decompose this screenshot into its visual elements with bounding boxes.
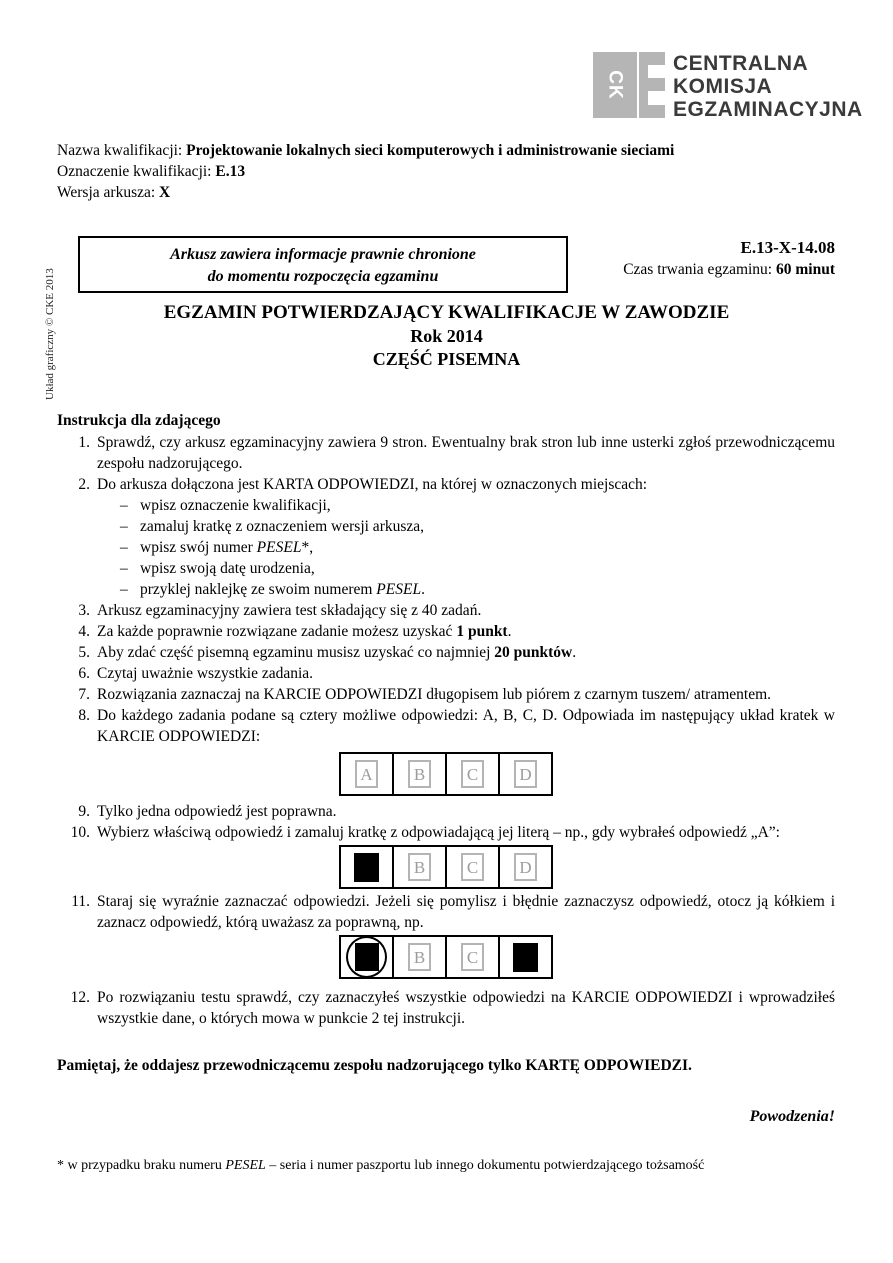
answer-box-letter: B	[408, 760, 431, 788]
answer-cell-a: A	[341, 754, 394, 794]
instruction-item-9: 9. Tylko jedna odpowiedź jest poprawna.	[57, 801, 835, 822]
answer-cell-a-circled	[341, 937, 394, 977]
item-text: Czytaj uważnie wszystkie zadania.	[97, 663, 835, 684]
instruction-item-2-sub-2: – zamaluj kratkę z oznaczeniem wersji ar…	[120, 516, 835, 537]
answer-grid-selected-a: B C D	[339, 845, 553, 889]
pesel-italic: PESEL	[376, 581, 421, 598]
cke-logo: CK CENTRALNA KOMISJA EGZAMINACYJNA	[593, 52, 863, 124]
item-text: wpisz swój numer PESEL*,	[140, 537, 835, 558]
qualification-code-label: Oznaczenie kwalifikacji:	[57, 163, 215, 180]
notice-row: Arkusz zawiera informacje prawnie chroni…	[78, 236, 835, 293]
footnote-text-run: * w przypadku braku numeru	[57, 1158, 225, 1173]
qualification-name-value: Projektowanie lokalnych sieci komputerow…	[186, 142, 674, 159]
item-text-run: .	[508, 623, 512, 640]
filled-square	[354, 853, 379, 882]
filled-square	[513, 943, 538, 972]
item-text: Po rozwiązaniu testu sprawdź, czy zaznac…	[97, 987, 835, 1029]
points-bold: 20 punktów	[494, 644, 572, 661]
exam-duration-value: 60 minut	[776, 261, 835, 278]
instruction-item-2: 2. Do arkusza dołączona jest KARTA ODPOW…	[57, 474, 835, 495]
exam-meta: E.13-X-14.08 Czas trwania egzaminu: 60 m…	[568, 236, 835, 293]
exam-sheet-page: CK CENTRALNA KOMISJA EGZAMINACYJNA Nazwa…	[0, 0, 893, 1263]
item-text: Za każde poprawnie rozwiązane zadanie mo…	[97, 621, 835, 642]
legal-notice-line-2: do momentu rozpoczęcia egzaminu	[80, 266, 566, 288]
legal-notice-line-1: Arkusz zawiera informacje prawnie chroni…	[80, 244, 566, 266]
logo-line-1: CENTRALNA	[673, 52, 863, 75]
instruction-item-2-sub-5: – przyklej naklejkę ze swoim numerem PES…	[120, 579, 835, 600]
cke-logo-mark: CK	[593, 52, 637, 118]
qualification-name-label: Nazwa kwalifikacji:	[57, 142, 186, 159]
instruction-item-7: 7. Rozwiązania zaznaczaj na KARCIE ODPOW…	[57, 684, 835, 705]
cke-logo-e-icon	[639, 52, 665, 124]
item-text-run: Za każde poprawnie rozwiązane zadanie mo…	[97, 623, 456, 640]
item-text: Rozwiązania zaznaczaj na KARCIE ODPOWIED…	[97, 684, 835, 705]
exam-title-line-1: EGZAMIN POTWIERDZAJĄCY KWALIFIKACJE W ZA…	[0, 301, 893, 325]
answer-grid-example: A B C D	[339, 752, 553, 796]
item-number: 1.	[57, 432, 90, 453]
reminder-line: Pamiętaj, że oddajesz przewodniczącemu z…	[57, 1055, 835, 1076]
dash-bullet: –	[120, 537, 140, 558]
exam-code: E.13-X-14.08	[568, 237, 835, 259]
correction-circle	[346, 936, 387, 978]
answer-grid-corrected: B C	[339, 935, 553, 979]
item-number: 10.	[57, 822, 90, 843]
qualification-code-line: Oznaczenie kwalifikacji: E.13	[57, 161, 853, 182]
logo-line-3: EGZAMINACYJNA	[673, 98, 863, 121]
answer-cell-c: C	[447, 847, 500, 887]
sheet-version-value: X	[159, 184, 170, 201]
item-text: Staraj się wyraźnie zaznaczać odpowiedzi…	[97, 891, 835, 933]
instructions-section: Instrukcja dla zdającego 1. Sprawdź, czy…	[57, 410, 835, 1175]
instruction-item-2-sub-1: – wpisz oznaczenie kwalifikacji,	[120, 495, 835, 516]
dash-bullet: –	[120, 558, 140, 579]
item-text: zamaluj kratkę z oznaczeniem wersji arku…	[140, 516, 835, 537]
instruction-item-12: 12. Po rozwiązaniu testu sprawdź, czy za…	[57, 987, 835, 1029]
answer-cell-d: D	[500, 754, 551, 794]
item-text-run: Aby zdać część pisemną egzaminu musisz u…	[97, 644, 494, 661]
item-text-run: przyklej naklejkę ze swoim numerem	[140, 581, 376, 598]
item-text: Do arkusza dołączona jest KARTA ODPOWIED…	[97, 474, 835, 495]
instruction-item-5: 5. Aby zdać część pisemną egzaminu musis…	[57, 642, 835, 663]
item-text-run: wpisz swój numer	[140, 539, 257, 556]
item-number: 3.	[57, 600, 90, 621]
footnote-text-run: – seria i numer paszportu lub innego dok…	[266, 1158, 705, 1173]
instructions-heading: Instrukcja dla zdającego	[57, 410, 835, 432]
answer-cell-c: C	[447, 937, 500, 977]
instruction-item-10: 10. Wybierz właściwą odpowiedź i zamaluj…	[57, 822, 835, 843]
instruction-item-2-sub-3: – wpisz swój numer PESEL*,	[120, 537, 835, 558]
points-bold: 1 punkt	[456, 623, 507, 640]
cke-logo-ck-text: CK	[605, 70, 626, 99]
logo-line-2: KOMISJA	[673, 75, 863, 98]
cke-logo-wordmark: CENTRALNA KOMISJA EGZAMINACYJNA	[673, 52, 863, 121]
dash-bullet: –	[120, 516, 140, 537]
instruction-item-2-sub-4: – wpisz swoją datę urodzenia,	[120, 558, 835, 579]
sheet-version-line: Wersja arkusza: X	[57, 182, 853, 203]
dash-bullet: –	[120, 495, 140, 516]
instruction-item-11: 11. Staraj się wyraźnie zaznaczać odpowi…	[57, 891, 835, 933]
goodluck-line: Powodzenia!	[57, 1106, 835, 1128]
answer-cell-c: C	[447, 754, 500, 794]
answer-box-letter: D	[514, 760, 537, 788]
answer-box-letter: B	[408, 943, 431, 971]
exam-duration-label: Czas trwania egzaminu:	[623, 261, 776, 278]
answer-box-letter: C	[461, 853, 484, 881]
item-text-run: .	[421, 581, 425, 598]
pesel-italic: PESEL	[225, 1158, 265, 1173]
legal-notice-box: Arkusz zawiera informacje prawnie chroni…	[78, 236, 568, 293]
item-number: 2.	[57, 474, 90, 495]
item-text: Arkusz egzaminacyjny zawiera test składa…	[97, 600, 835, 621]
answer-box-letter: C	[461, 943, 484, 971]
item-number: 9.	[57, 801, 90, 822]
item-text: Do każdego zadania podane są cztery możl…	[97, 705, 835, 747]
pesel-footnote: * w przypadku braku numeru PESEL – seria…	[57, 1156, 835, 1175]
answer-cell-d: D	[500, 847, 551, 887]
filled-square	[355, 943, 379, 971]
answer-cell-b: B	[394, 847, 447, 887]
item-text: Wybierz właściwą odpowiedź i zamaluj kra…	[97, 822, 835, 843]
instruction-item-3: 3. Arkusz egzaminacyjny zawiera test skł…	[57, 600, 835, 621]
item-number: 8.	[57, 705, 90, 726]
exam-title-line-3: CZĘŚĆ PISEMNA	[0, 348, 893, 371]
exam-title: EGZAMIN POTWIERDZAJĄCY KWALIFIKACJE W ZA…	[0, 301, 893, 371]
answer-box-letter: C	[461, 760, 484, 788]
exam-duration-line: Czas trwania egzaminu: 60 minut	[568, 259, 835, 281]
item-text: przyklej naklejkę ze swoim numerem PESEL…	[140, 579, 835, 600]
item-number: 11.	[57, 891, 90, 912]
instruction-item-4: 4. Za każde poprawnie rozwiązane zadanie…	[57, 621, 835, 642]
qualification-name-line: Nazwa kwalifikacji: Projektowanie lokaln…	[57, 140, 853, 161]
instruction-item-8: 8. Do każdego zadania podane są cztery m…	[57, 705, 835, 747]
item-text: Tylko jedna odpowiedź jest poprawna.	[97, 801, 835, 822]
item-text: Aby zdać część pisemną egzaminu musisz u…	[97, 642, 835, 663]
sheet-version-label: Wersja arkusza:	[57, 184, 159, 201]
answer-cell-b: B	[394, 754, 447, 794]
item-text-run: *,	[301, 539, 313, 556]
dash-bullet: –	[120, 579, 140, 600]
instruction-item-1: 1. Sprawdź, czy arkusz egzaminacyjny zaw…	[57, 432, 835, 474]
item-number: 12.	[57, 987, 90, 1008]
item-text: wpisz oznaczenie kwalifikacji,	[140, 495, 835, 516]
item-text-run: .	[572, 644, 576, 661]
answer-box-letter: B	[408, 853, 431, 881]
answer-cell-b: B	[394, 937, 447, 977]
answer-box-letter: A	[355, 760, 378, 788]
exam-title-line-2: Rok 2014	[0, 325, 893, 348]
qualification-header: Nazwa kwalifikacji: Projektowanie lokaln…	[57, 140, 853, 203]
qualification-code-value: E.13	[215, 163, 245, 180]
answer-cell-a-filled	[341, 847, 394, 887]
answer-box-letter: D	[514, 853, 537, 881]
instruction-item-6: 6. Czytaj uważnie wszystkie zadania.	[57, 663, 835, 684]
item-number: 6.	[57, 663, 90, 684]
item-number: 5.	[57, 642, 90, 663]
answer-cell-d-filled	[500, 937, 551, 977]
item-text: Sprawdź, czy arkusz egzaminacyjny zawier…	[97, 432, 835, 474]
item-text: wpisz swoją datę urodzenia,	[140, 558, 835, 579]
item-number: 7.	[57, 684, 90, 705]
pesel-italic: PESEL	[257, 539, 302, 556]
item-number: 4.	[57, 621, 90, 642]
